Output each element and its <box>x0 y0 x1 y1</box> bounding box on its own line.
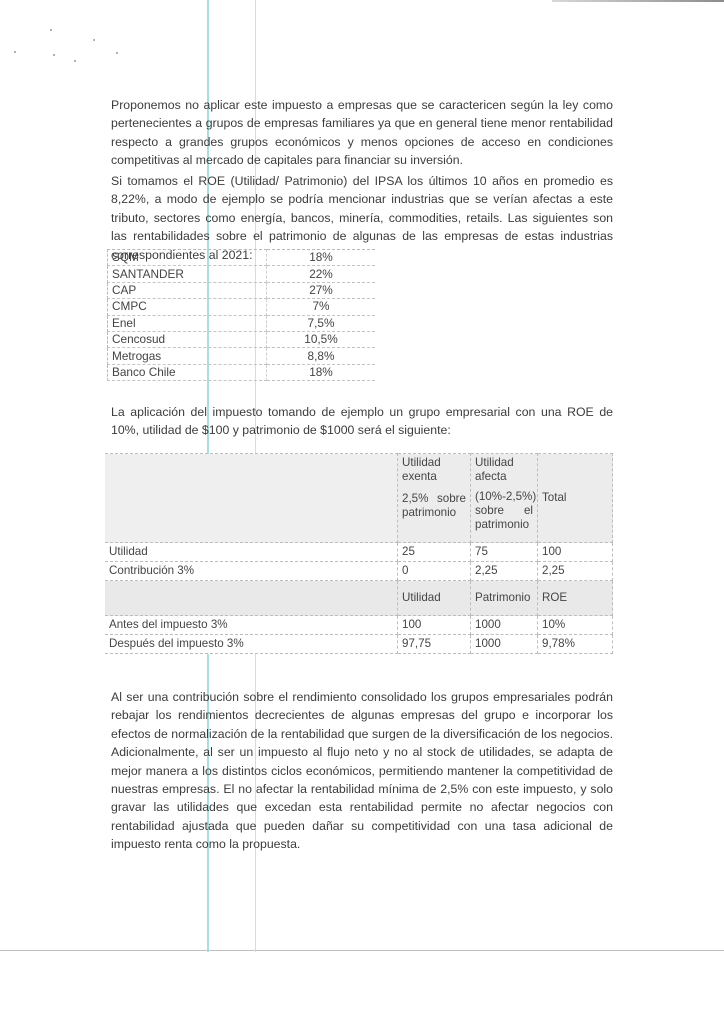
header-title: Utilidad afecta <box>475 456 533 484</box>
cell-value: 2,25 <box>538 562 613 581</box>
company-name: CAP <box>108 282 267 298</box>
company-roe: 7,5% <box>267 315 376 331</box>
company-name: SQM <box>108 250 267 266</box>
company-roe: 18% <box>267 364 376 380</box>
cell-value: 10% <box>538 616 613 635</box>
header-roe: ROE <box>538 581 613 616</box>
company-name: CMPC <box>108 299 267 315</box>
header-subtitle: 2,5% sobre patrimonio <box>402 492 466 520</box>
cell-value: 75 <box>471 543 538 562</box>
row-label: Contribución 3% <box>105 562 398 581</box>
cell-value: 9,78% <box>538 635 613 654</box>
cell-value: 1000 <box>471 616 538 635</box>
empty-header-cell <box>105 581 398 616</box>
company-roe: 18% <box>267 250 376 266</box>
company-name: Metrogas <box>108 348 267 364</box>
company-roe: 7% <box>267 299 376 315</box>
table-row: Antes del impuesto 3% 100 1000 10% <box>105 616 613 635</box>
paragraph-tax-example: La aplicación del impuesto tomando de ej… <box>111 403 613 440</box>
table-row: SQM18% <box>108 250 376 266</box>
header-total: Total <box>538 454 613 543</box>
row-label: Antes del impuesto 3% <box>105 616 398 635</box>
table-row: Cencosud10,5% <box>108 331 376 347</box>
company-name: Banco Chile <box>108 364 267 380</box>
company-roe: 10,5% <box>267 331 376 347</box>
company-name: Cencosud <box>108 331 267 347</box>
cell-value: 100 <box>538 543 613 562</box>
company-roe: 8,8% <box>267 348 376 364</box>
company-roe: 27% <box>267 282 376 298</box>
scan-edge-bar <box>552 0 724 2</box>
table-row: Metrogas8,8% <box>108 348 376 364</box>
paragraph-family-groups: Proponemos no aplicar este impuesto a em… <box>111 96 613 170</box>
header-utilidad-afecta: Utilidad afecta (10%-2,5%) sobre el patr… <box>471 454 538 543</box>
table-row: Enel7,5% <box>108 315 376 331</box>
tax-table-header-2: Utilidad Patrimonio ROE <box>105 581 613 616</box>
scan-speck <box>53 54 55 56</box>
scan-speck <box>93 39 95 41</box>
header-subtitle: (10%-2,5%) sobre el patrimonio <box>475 490 533 532</box>
company-name: SANTANDER <box>108 266 267 282</box>
table-row: SANTANDER22% <box>108 266 376 282</box>
cell-value: 100 <box>398 616 471 635</box>
table-row: CAP27% <box>108 282 376 298</box>
cell-value: 97,75 <box>398 635 471 654</box>
empty-header-cell <box>105 454 398 543</box>
paragraph-consolidated-contribution: Al ser una contribución sobre el rendimi… <box>111 688 613 854</box>
cell-value: 2,25 <box>471 562 538 581</box>
company-name: Enel <box>108 315 267 331</box>
row-label: Después del impuesto 3% <box>105 635 398 654</box>
header-title: Utilidad exenta <box>402 456 466 484</box>
scan-speck <box>116 52 118 54</box>
tax-application-table: Utilidad exenta 2,5% sobre patrimonio Ut… <box>105 453 613 654</box>
table-row: CMPC7% <box>108 299 376 315</box>
cell-value: 0 <box>398 562 471 581</box>
scanned-page: Proponemos no aplicar este impuesto a em… <box>0 0 724 951</box>
roe-companies-table: SQM18%SANTANDER22%CAP27%CMPC7%Enel7,5%Ce… <box>107 249 375 381</box>
table-row: Banco Chile18% <box>108 364 376 380</box>
scan-speck <box>14 51 16 53</box>
header-patrimonio: Patrimonio <box>471 581 538 616</box>
scan-speck <box>74 60 76 62</box>
tax-table-header-1: Utilidad exenta 2,5% sobre patrimonio Ut… <box>105 454 613 543</box>
table-row: Utilidad 25 75 100 <box>105 543 613 562</box>
header-utilidad: Utilidad <box>398 581 471 616</box>
scan-speck <box>50 29 52 31</box>
table-row: Después del impuesto 3% 97,75 1000 9,78% <box>105 635 613 654</box>
cell-value: 25 <box>398 543 471 562</box>
header-utilidad-exenta: Utilidad exenta 2,5% sobre patrimonio <box>398 454 471 543</box>
row-label: Utilidad <box>105 543 398 562</box>
company-roe: 22% <box>267 266 376 282</box>
table-row: Contribución 3% 0 2,25 2,25 <box>105 562 613 581</box>
cell-value: 1000 <box>471 635 538 654</box>
